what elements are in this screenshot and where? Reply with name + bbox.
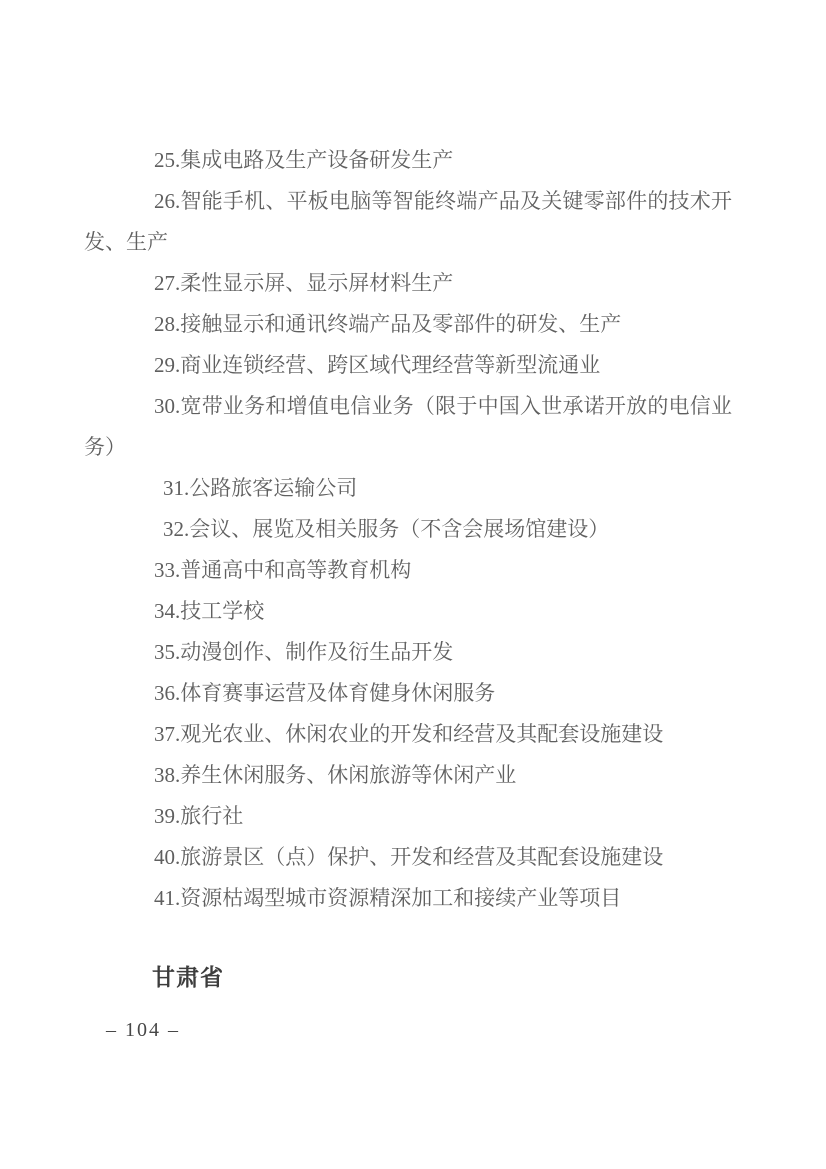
list-item-39: 39.旅行社: [84, 796, 732, 837]
list-item-35: 35.动漫创作、制作及衍生品开发: [84, 632, 732, 673]
list-item-34: 34.技工学校: [84, 591, 732, 632]
list-item-25: 25.集成电路及生产设备研发生产: [84, 140, 732, 181]
list-item-32: 32.会议、展览及相关服务（不含会展场馆建设）: [84, 509, 732, 550]
list-item-27: 27.柔性显示屏、显示屏材料生产: [84, 263, 732, 304]
list-item-36: 36.体育赛事运营及体育健身休闲服务: [84, 673, 732, 714]
list-item-37: 37.观光农业、休闲农业的开发和经营及其配套设施建设: [84, 714, 732, 755]
list-item-41: 41.资源枯竭型城市资源精深加工和接续产业等项目: [84, 878, 732, 919]
list-item-28: 28.接触显示和通讯终端产品及零部件的研发、生产: [84, 304, 732, 345]
document-page: 25.集成电路及生产设备研发生产 26.智能手机、平板电脑等智能终端产品及关键零…: [0, 0, 826, 1169]
list-item-40: 40.旅游景区（点）保护、开发和经营及其配套设施建设: [84, 837, 732, 878]
document-body: 25.集成电路及生产设备研发生产 26.智能手机、平板电脑等智能终端产品及关键零…: [84, 140, 732, 998]
page-number: – 104 –: [106, 1018, 180, 1042]
list-item-31: 31.公路旅客运输公司: [84, 468, 732, 509]
list-item-33: 33.普通高中和高等教育机构: [84, 550, 732, 591]
section-heading-gansu: 甘肃省: [84, 957, 732, 998]
list-item-38: 38.养生休闲服务、休闲旅游等休闲产业: [84, 755, 732, 796]
list-item-29: 29.商业连锁经营、跨区域代理经营等新型流通业: [84, 345, 732, 386]
list-item-30: 30.宽带业务和增值电信业务（限于中国入世承诺开放的电信业务）: [84, 386, 732, 468]
list-item-26: 26.智能手机、平板电脑等智能终端产品及关键零部件的技术开发、生产: [84, 181, 732, 263]
